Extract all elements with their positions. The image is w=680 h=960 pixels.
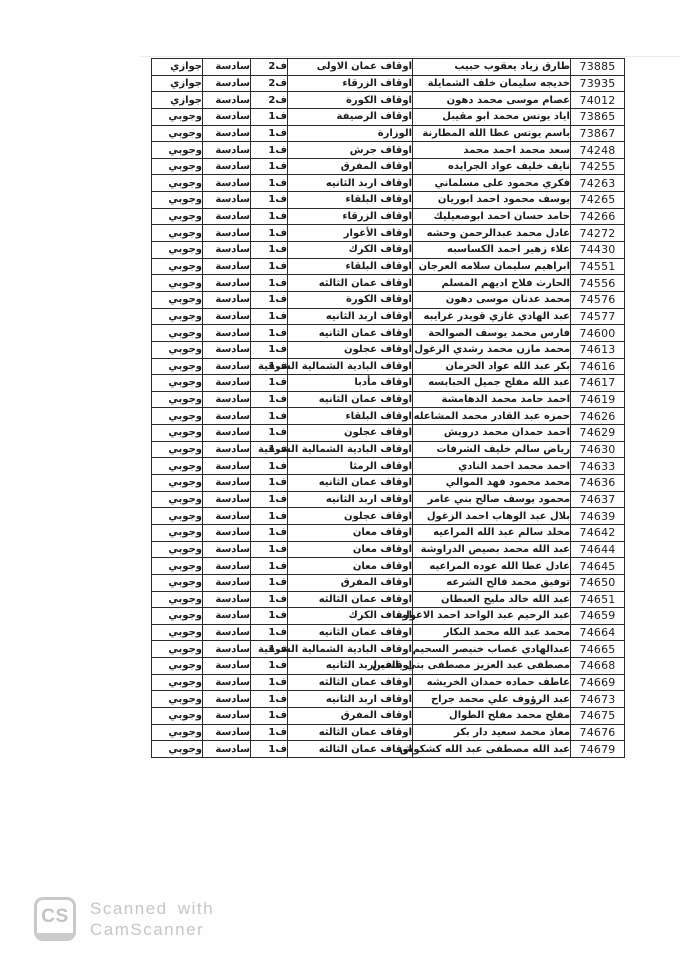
cell-group: ف1 [251, 541, 288, 558]
cell-id: 74639 [571, 508, 625, 525]
table-row: 74576محمد عدنان موسى دهوناوقاف الكورةف1س… [152, 291, 625, 308]
watermark-text: Scanned with CamScanner [90, 898, 214, 940]
cell-name: يوسف محمود احمد ابوريان [413, 192, 571, 209]
cell-id: 73865 [571, 108, 625, 125]
cell-name: عبدالهادي غصاب خنيصر السحيم [413, 641, 571, 658]
cell-group: ف2 [251, 75, 288, 92]
table-row: 74266حامد حسان احمد ابوصعيليكاوقاف الزرق… [152, 208, 625, 225]
cell-group: ف1 [251, 641, 288, 658]
cell-id: 74556 [571, 275, 625, 292]
records-table-body: 73885طارق زياد يعقوب حبيباوقاف عمان الاو… [152, 59, 625, 758]
cell-id: 74619 [571, 391, 625, 408]
cell-type: وجوبي [152, 291, 203, 308]
cell-directorate: اوقاف عمان الثالثه [288, 674, 413, 691]
cell-name: طارق زياد يعقوب حبيب [413, 59, 571, 76]
cell-type: وجوبي [152, 125, 203, 142]
cell-grade: سادسة [203, 75, 251, 92]
cell-name: خديجه سليمان خلف الشمايلة [413, 75, 571, 92]
cell-grade: سادسة [203, 358, 251, 375]
cell-directorate: اوقاف الكورة [288, 92, 413, 109]
table-row: 74676معاذ محمد سعيد دار بكراوقاف عمان ال… [152, 724, 625, 741]
cell-type: وجوبي [152, 658, 203, 675]
cell-directorate: اوقاف عمان الثانيه [288, 624, 413, 641]
cell-name: عبد الهادي غازي قويدر غرايبه [413, 308, 571, 325]
cell-name: احمد حامد محمد الدهامشة [413, 391, 571, 408]
table-row: 73865اياد يونس محمد ابو مقيبلاوقاف الرصي… [152, 108, 625, 125]
cell-group: ف1 [251, 258, 288, 275]
cell-directorate: اوقاف المفرق [288, 707, 413, 724]
cell-type: وجوبي [152, 691, 203, 708]
table-row: 74551ابراهيم سليمان سلامه العرجاناوقاف ا… [152, 258, 625, 275]
cell-group: ف1 [251, 192, 288, 209]
cell-directorate: اوقاف مأدبا [288, 375, 413, 392]
table-row: 74430علاء زهير احمد الكساسبهاوقاف الكركف… [152, 242, 625, 259]
cell-grade: سادسة [203, 441, 251, 458]
cell-name: اياد يونس محمد ابو مقيبل [413, 108, 571, 125]
cell-name: محمد عبد الله محمد البكار [413, 624, 571, 641]
table-row: 74248سعد محمد احمد محمداوقاف جرشف1سادسةو… [152, 142, 625, 159]
cell-type: وجوبي [152, 325, 203, 342]
cell-group: ف1 [251, 658, 288, 675]
cell-grade: سادسة [203, 125, 251, 142]
cell-grade: سادسة [203, 341, 251, 358]
table-row: 74664محمد عبد الله محمد البكاراوقاف عمان… [152, 624, 625, 641]
cell-grade: سادسة [203, 425, 251, 442]
cell-directorate: اوقاف عجلون [288, 341, 413, 358]
cell-grade: سادسة [203, 192, 251, 209]
cell-grade: سادسة [203, 375, 251, 392]
camscanner-icon-label: CS [41, 906, 68, 928]
table-row: 74265يوسف محمود احمد ابورياناوقاف البلقا… [152, 192, 625, 209]
cell-type: وجوبي [152, 242, 203, 259]
cell-grade: سادسة [203, 674, 251, 691]
cell-name: فكري محمود على مسلماني [413, 175, 571, 192]
cell-type: وجوبي [152, 391, 203, 408]
table-row: 74675مفلح محمد مفلح الطوالاوقاف المفرقف1… [152, 707, 625, 724]
cell-group: ف1 [251, 275, 288, 292]
cell-group: ف1 [251, 707, 288, 724]
cell-directorate: اوقاف المفرق [288, 158, 413, 175]
cell-directorate: اوقاف اربد الثانيه [288, 658, 413, 675]
cell-grade: سادسة [203, 258, 251, 275]
cell-name: محمد مازن محمد رشدي الزغول [413, 341, 571, 358]
cell-directorate: اوقاف عجلون [288, 508, 413, 525]
cell-group: ف1 [251, 491, 288, 508]
cell-type: وجوبي [152, 408, 203, 425]
cell-directorate: الوزارة [288, 125, 413, 142]
cell-grade: سادسة [203, 158, 251, 175]
cell-type: وجوبي [152, 308, 203, 325]
cell-group: ف1 [251, 475, 288, 492]
cell-group: ف1 [251, 208, 288, 225]
table-row: 74639بلال عبد الوهاب احمد الزغولاوقاف عج… [152, 508, 625, 525]
table-row: 74617عبد الله مفلح جميل الحبابسهاوقاف مأ… [152, 375, 625, 392]
cell-name: باسم يونس عطا الله المطارنة [413, 125, 571, 142]
cell-type: وجوبي [152, 108, 203, 125]
cell-group: ف1 [251, 308, 288, 325]
cell-group: ف2 [251, 92, 288, 109]
cell-id: 74629 [571, 425, 625, 442]
cell-group: ف1 [251, 242, 288, 259]
cell-group: ف1 [251, 391, 288, 408]
table-row: 74644عبد الله محمد بصيص الدراوشةاوقاف مع… [152, 541, 625, 558]
cell-directorate: اوقاف الكرك [288, 242, 413, 259]
cell-directorate: اوقاف اربد الثانيه [288, 308, 413, 325]
cell-name: حامد حسان احمد ابوصعيليك [413, 208, 571, 225]
cell-type: وجوبي [152, 341, 203, 358]
cell-name: بلال عبد الوهاب احمد الزغول [413, 508, 571, 525]
cell-type: جوازي [152, 59, 203, 76]
cell-id: 74272 [571, 225, 625, 242]
cell-directorate: اوقاف معان [288, 558, 413, 575]
cell-group: ف1 [251, 341, 288, 358]
table-row: 74637محمود يوسف صالح بني عامراوقاف اربد … [152, 491, 625, 508]
cell-directorate: اوقاف البادية الشمالية الشرقية [288, 358, 413, 375]
cell-id: 74551 [571, 258, 625, 275]
cell-directorate: اوقاف الرمثا [288, 458, 413, 475]
cell-name: مصطفى عبد العزيز مصطفى بني ياسين [413, 658, 571, 675]
table-row: 74651عبد الله خالد مليح العبطاناوقاف عما… [152, 591, 625, 608]
cell-id: 74576 [571, 291, 625, 308]
cell-id: 74659 [571, 608, 625, 625]
table-row: 74255نايف خليف عواد الجرايدهاوقاف المفرق… [152, 158, 625, 175]
cell-directorate: اوقاف الرصيفة [288, 108, 413, 125]
cell-name: محمد محمود فهد الموالي [413, 475, 571, 492]
cell-directorate: اوقاف جرش [288, 142, 413, 159]
cell-type: وجوبي [152, 258, 203, 275]
cell-grade: سادسة [203, 408, 251, 425]
cell-directorate: اوقاف البادية الشمالية الشرقية [288, 441, 413, 458]
cell-directorate: اوقاف عجلون [288, 425, 413, 442]
cell-directorate: اوقاف الكورة [288, 291, 413, 308]
table-row: 73867باسم يونس عطا الله المطارنةالوزارةف… [152, 125, 625, 142]
cell-name: معاذ محمد سعيد دار بكر [413, 724, 571, 741]
cell-grade: سادسة [203, 225, 251, 242]
cell-name: الحارث فلاح اديهم المسلم [413, 275, 571, 292]
cell-id: 73885 [571, 59, 625, 76]
cell-grade: سادسة [203, 458, 251, 475]
cell-group: ف1 [251, 574, 288, 591]
cell-id: 74673 [571, 691, 625, 708]
cell-name: عادل محمد عبدالرحمن وحشه [413, 225, 571, 242]
camscanner-icon-base [36, 933, 74, 940]
cell-grade: سادسة [203, 641, 251, 658]
cell-type: وجوبي [152, 624, 203, 641]
cell-name: سعد محمد احمد محمد [413, 142, 571, 159]
camscanner-watermark: CS Scanned with CamScanner [34, 897, 214, 941]
table-row: 73885طارق زياد يعقوب حبيباوقاف عمان الاو… [152, 59, 625, 76]
cell-group: ف1 [251, 358, 288, 375]
cell-grade: سادسة [203, 724, 251, 741]
cell-id: 74651 [571, 591, 625, 608]
table-row: 74613محمد مازن محمد رشدي الزغولاوقاف عجل… [152, 341, 625, 358]
cell-id: 74665 [571, 641, 625, 658]
cell-grade: سادسة [203, 624, 251, 641]
cell-type: وجوبي [152, 608, 203, 625]
cell-grade: سادسة [203, 541, 251, 558]
cell-group: ف1 [251, 225, 288, 242]
cell-directorate: اوقاف البلقاء [288, 258, 413, 275]
cell-name: عبد الرؤوف علي محمد جراح [413, 691, 571, 708]
cell-name: محمود يوسف صالح بني عامر [413, 491, 571, 508]
cell-type: جوازي [152, 75, 203, 92]
cell-id: 74266 [571, 208, 625, 225]
cell-type: وجوبي [152, 475, 203, 492]
cell-group: ف1 [251, 558, 288, 575]
cell-directorate: اوقاف عمان الثانيه [288, 325, 413, 342]
table-row: 74669عاطف حماده حمدان الخريشهاوقاف عمان … [152, 674, 625, 691]
cell-id: 73935 [571, 75, 625, 92]
cell-name: احمد محمد احمد النادي [413, 458, 571, 475]
cell-directorate: اوقاف عمان الثالثه [288, 724, 413, 741]
cell-type: وجوبي [152, 425, 203, 442]
cell-grade: سادسة [203, 208, 251, 225]
cell-type: جوازي [152, 92, 203, 109]
cell-id: 74668 [571, 658, 625, 675]
cell-name: عبد الله مفلح جميل الحبابسه [413, 375, 571, 392]
cell-id: 74012 [571, 92, 625, 109]
cell-group: ف1 [251, 741, 288, 758]
cell-directorate: اوقاف البلقاء [288, 192, 413, 209]
cell-grade: سادسة [203, 707, 251, 724]
table-row: 74679عبد الله مصطفى عبد الله كشكوشاوقاف … [152, 741, 625, 758]
cell-id: 74430 [571, 242, 625, 259]
cell-id: 74650 [571, 574, 625, 591]
cell-type: وجوبي [152, 558, 203, 575]
cell-directorate: اوقاف البلقاء [288, 408, 413, 425]
cell-grade: سادسة [203, 242, 251, 259]
cell-grade: سادسة [203, 558, 251, 575]
cell-grade: سادسة [203, 142, 251, 159]
cell-id: 74263 [571, 175, 625, 192]
cell-directorate: اوقاف الزرقاء [288, 208, 413, 225]
cell-name: توفيق محمد فالح الشرعه [413, 574, 571, 591]
cell-grade: سادسة [203, 175, 251, 192]
cell-name: عبد الرحيم عبد الواحد احمد الاغوات [413, 608, 571, 625]
cell-type: وجوبي [152, 741, 203, 758]
cell-id: 74265 [571, 192, 625, 209]
cell-group: ف2 [251, 59, 288, 76]
cell-name: نايف خليف عواد الجرايده [413, 158, 571, 175]
cell-group: ف1 [251, 125, 288, 142]
cell-grade: سادسة [203, 691, 251, 708]
cell-type: وجوبي [152, 225, 203, 242]
table-row: 73935خديجه سليمان خلف الشمايلةاوقاف الزر… [152, 75, 625, 92]
cell-type: وجوبي [152, 591, 203, 608]
cell-name: رياض سالم خليف الشرفات [413, 441, 571, 458]
cell-group: ف1 [251, 674, 288, 691]
cell-directorate: اوقاف المفرق [288, 574, 413, 591]
cell-type: وجوبي [152, 458, 203, 475]
cell-grade: سادسة [203, 591, 251, 608]
cell-name: مخلد سالم عبد الله المراعيه [413, 524, 571, 541]
cell-directorate: اوقاف اربد الثانيه [288, 175, 413, 192]
cell-grade: سادسة [203, 92, 251, 109]
cell-type: وجوبي [152, 674, 203, 691]
cell-grade: سادسة [203, 59, 251, 76]
cell-directorate: اوقاف الكرك [288, 608, 413, 625]
cell-name: فارس محمد يوسف الصوالحة [413, 325, 571, 342]
cell-grade: سادسة [203, 574, 251, 591]
cell-directorate: اوقاف عمان الاولى [288, 59, 413, 76]
cell-id: 74664 [571, 624, 625, 641]
cell-name: ابراهيم سليمان سلامه العرجان [413, 258, 571, 275]
cell-id: 74617 [571, 375, 625, 392]
cell-grade: سادسة [203, 275, 251, 292]
cell-type: وجوبي [152, 192, 203, 209]
cell-grade: سادسة [203, 608, 251, 625]
cell-type: وجوبي [152, 275, 203, 292]
table-row: 74556الحارث فلاح اديهم المسلماوقاف عمان … [152, 275, 625, 292]
cell-type: وجوبي [152, 707, 203, 724]
table-row: 74630رياض سالم خليف الشرفاتاوقاف البادية… [152, 441, 625, 458]
table-row: 74642مخلد سالم عبد الله المراعيهاوقاف مع… [152, 524, 625, 541]
cell-id: 74600 [571, 325, 625, 342]
cell-grade: سادسة [203, 291, 251, 308]
cell-name: حمزه عبد القادر محمد المشاعله [413, 408, 571, 425]
cell-directorate: اوقاف عمان الثانيه [288, 391, 413, 408]
cell-grade: سادسة [203, 475, 251, 492]
cell-directorate: اوقاف اربد الثانيه [288, 691, 413, 708]
scan-artifact-line [140, 56, 680, 57]
cell-group: ف1 [251, 458, 288, 475]
cell-type: وجوبي [152, 142, 203, 159]
cell-id: 74633 [571, 458, 625, 475]
cell-grade: سادسة [203, 658, 251, 675]
cell-id: 74630 [571, 441, 625, 458]
cell-id: 74642 [571, 524, 625, 541]
cell-group: ف1 [251, 375, 288, 392]
cell-directorate: اوقاف عمان الثالثه [288, 591, 413, 608]
cell-id: 74676 [571, 724, 625, 741]
cell-group: ف1 [251, 325, 288, 342]
cell-group: ف1 [251, 524, 288, 541]
table-row: 74263فكري محمود على مسلمانياوقاف اربد ال… [152, 175, 625, 192]
cell-name: محمد عدنان موسى دهون [413, 291, 571, 308]
cell-group: ف1 [251, 291, 288, 308]
records-table: 73885طارق زياد يعقوب حبيباوقاف عمان الاو… [151, 58, 625, 758]
cell-type: وجوبي [152, 441, 203, 458]
cell-group: ف1 [251, 691, 288, 708]
cell-grade: سادسة [203, 325, 251, 342]
cell-directorate: اوقاف الزرقاء [288, 75, 413, 92]
cell-directorate: اوقاف الأغوار [288, 225, 413, 242]
cell-id: 74679 [571, 741, 625, 758]
cell-grade: سادسة [203, 524, 251, 541]
table-row: 74616بكر عبد الله عواد الخرماناوقاف البا… [152, 358, 625, 375]
watermark-line1: Scanned with [90, 898, 214, 919]
cell-type: وجوبي [152, 208, 203, 225]
cell-type: وجوبي [152, 724, 203, 741]
cell-group: ف1 [251, 724, 288, 741]
cell-id: 74613 [571, 341, 625, 358]
cell-type: وجوبي [152, 541, 203, 558]
watermark-line2: CamScanner [90, 919, 214, 940]
cell-group: ف1 [251, 158, 288, 175]
table-row: 74619احمد حامد محمد الدهامشةاوقاف عمان ا… [152, 391, 625, 408]
cell-group: ف1 [251, 425, 288, 442]
cell-group: ف1 [251, 441, 288, 458]
cell-id: 74645 [571, 558, 625, 575]
table-row: 74645عادل عطا الله عوده المراعيهاوقاف مع… [152, 558, 625, 575]
table-row: 74633احمد محمد احمد النادياوقاف الرمثاف1… [152, 458, 625, 475]
table-row: 74272عادل محمد عبدالرحمن وحشهاوقاف الأغو… [152, 225, 625, 242]
cell-name: عادل عطا الله عوده المراعيه [413, 558, 571, 575]
cell-directorate: اوقاف عمان الثالثه [288, 275, 413, 292]
cell-directorate: اوقاف عمان الثالثه [288, 741, 413, 758]
cell-id: 74255 [571, 158, 625, 175]
cell-type: وجوبي [152, 524, 203, 541]
table-row: 74665عبدالهادي غصاب خنيصر السحيماوقاف ال… [152, 641, 625, 658]
cell-grade: سادسة [203, 391, 251, 408]
cell-type: وجوبي [152, 158, 203, 175]
cell-name: عبد الله خالد مليح العبطان [413, 591, 571, 608]
table-row: 74629احمد حمدان محمد درويشاوقاف عجلونف1س… [152, 425, 625, 442]
cell-id: 73867 [571, 125, 625, 142]
cell-group: ف1 [251, 175, 288, 192]
cell-id: 74636 [571, 475, 625, 492]
scanned-document-page: 73885طارق زياد يعقوب حبيباوقاف عمان الاو… [0, 0, 680, 960]
cell-group: ف1 [251, 142, 288, 159]
cell-type: وجوبي [152, 175, 203, 192]
cell-id: 74248 [571, 142, 625, 159]
cell-directorate: اوقاف عمان الثانيه [288, 475, 413, 492]
camscanner-icon: CS [34, 897, 76, 941]
cell-type: وجوبي [152, 358, 203, 375]
cell-id: 74616 [571, 358, 625, 375]
cell-directorate: اوقاف اربد الثانيه [288, 491, 413, 508]
cell-id: 74644 [571, 541, 625, 558]
cell-directorate: اوقاف معان [288, 524, 413, 541]
cell-grade: سادسة [203, 491, 251, 508]
cell-directorate: اوقاف معان [288, 541, 413, 558]
cell-id: 74637 [571, 491, 625, 508]
cell-group: ف1 [251, 508, 288, 525]
table-row: 74577عبد الهادي غازي قويدر غرايبهاوقاف ا… [152, 308, 625, 325]
cell-name: عبد الله محمد بصيص الدراوشة [413, 541, 571, 558]
cell-type: وجوبي [152, 641, 203, 658]
cell-type: وجوبي [152, 491, 203, 508]
cell-name: عصام موسى محمد دهون [413, 92, 571, 109]
cell-grade: سادسة [203, 108, 251, 125]
cell-grade: سادسة [203, 308, 251, 325]
cell-grade: سادسة [203, 508, 251, 525]
cell-grade: سادسة [203, 741, 251, 758]
cell-name: عبد الله مصطفى عبد الله كشكوش [413, 741, 571, 758]
table-row: 74659عبد الرحيم عبد الواحد احمد الاغواتا… [152, 608, 625, 625]
cell-type: وجوبي [152, 375, 203, 392]
table-row: 74600فارس محمد يوسف الصوالحةاوقاف عمان ا… [152, 325, 625, 342]
cell-id: 74669 [571, 674, 625, 691]
table-row: 74012عصام موسى محمد دهوناوقاف الكورةف2سا… [152, 92, 625, 109]
cell-name: عاطف حماده حمدان الخريشه [413, 674, 571, 691]
cell-type: وجوبي [152, 508, 203, 525]
cell-id: 74577 [571, 308, 625, 325]
cell-directorate: اوقاف البادية الشمالية الشرقية [288, 641, 413, 658]
table-row: 74626حمزه عبد القادر محمد المشاعلهاوقاف … [152, 408, 625, 425]
cell-group: ف1 [251, 624, 288, 641]
cell-type: وجوبي [152, 574, 203, 591]
table-row: 74673عبد الرؤوف علي محمد جراحاوقاف اربد … [152, 691, 625, 708]
cell-name: مفلح محمد مفلح الطوال [413, 707, 571, 724]
cell-name: احمد حمدان محمد درويش [413, 425, 571, 442]
cell-id: 74626 [571, 408, 625, 425]
cell-group: ف1 [251, 408, 288, 425]
table-row: 74668مصطفى عبد العزيز مصطفى بني ياسيناوق… [152, 658, 625, 675]
cell-name: علاء زهير احمد الكساسبه [413, 242, 571, 259]
cell-group: ف1 [251, 591, 288, 608]
table-row: 74636محمد محمود فهد الموالياوقاف عمان ال… [152, 475, 625, 492]
